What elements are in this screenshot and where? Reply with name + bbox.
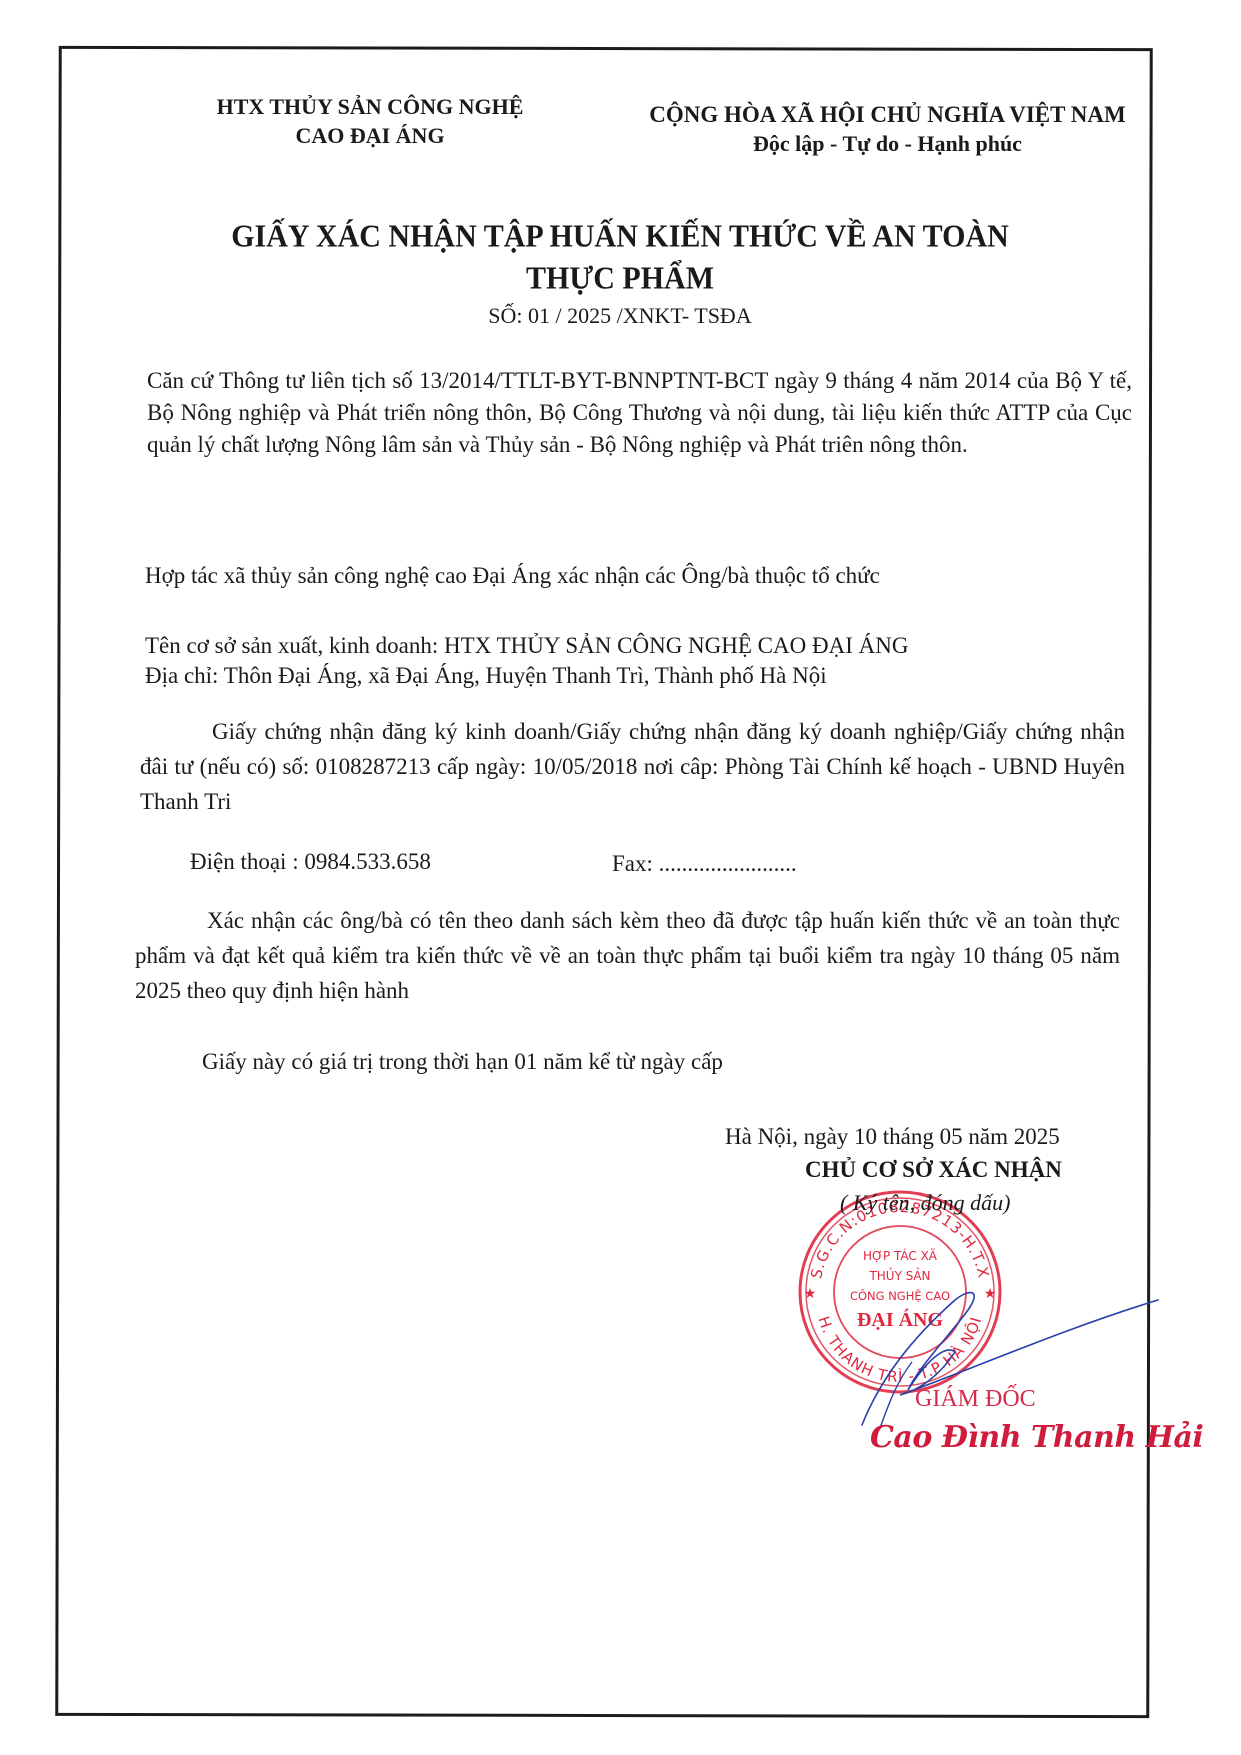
validity-statement: Giấy này có giá trị trong thời hạn 01 nă… [202, 1046, 723, 1078]
fax-number: Fax: ........................ [612, 848, 797, 880]
director-name: Cao Đình Thanh Hải [870, 1420, 1203, 1455]
director-title: GIÁM ĐỐC [915, 1386, 1036, 1413]
legal-basis-paragraph: Căn cứ Thông tư liên tịch số 13/2014/TTL… [147, 365, 1132, 461]
business-name: Tên cơ sở sản xuất, kinh doanh: HTX THỦY… [145, 630, 1125, 662]
training-confirmation-paragraph: Xác nhận các ông/bà có tên theo danh sác… [135, 903, 1120, 1008]
national-header: CỘNG HÒA XÃ HỘI CHỦ NGHĨA VIỆT NAM Độc l… [615, 100, 1160, 158]
organization-header: HTX THỦY SẢN CÔNG NGHỆ CAO ĐẠI ÁNG [160, 92, 580, 150]
document-title: GIẤY XÁC NHẬN TẬP HUẤN KIẾN THỨC VỀ AN T… [120, 216, 1120, 300]
document-title-line2: THỰC PHẨM [120, 258, 1120, 300]
svg-text:★: ★ [804, 1287, 817, 1302]
national-motto: Độc lập - Tự do - Hạnh phúc [615, 129, 1160, 158]
phone-number: Điện thoại : 0984.533.658 [190, 846, 431, 878]
document-number: SỐ: 01 / 2025 /XNKT- TSĐA [120, 303, 1120, 329]
stamp-line1: HỢP TÁC XÃ [863, 1248, 938, 1263]
business-address: Địa chỉ: Thôn Đại Áng, xã Đại Áng, Huyện… [145, 660, 1125, 692]
organization-name-line1: HTX THỦY SẢN CÔNG NGHỆ [160, 92, 580, 121]
registration-paragraph: Giấy chứng nhận đăng ký kinh doanh/Giấy … [140, 714, 1125, 819]
organization-name-line2: CAO ĐẠI ÁNG [160, 121, 580, 150]
national-title: CỘNG HÒA XÃ HỘI CHỦ NGHĨA VIỆT NAM [615, 100, 1160, 129]
document-title-line1: GIẤY XÁC NHẬN TẬP HUẤN KIẾN THỨC VỀ AN T… [120, 216, 1120, 258]
place-and-date: Hà Nội, ngày 10 tháng 05 năm 2025 [725, 1124, 1060, 1150]
confirmation-intro: Hợp tác xã thủy sản công nghệ cao Đại Án… [145, 560, 1125, 592]
signature-instruction: ( Ký tên, đóng dấu) [840, 1190, 1010, 1216]
